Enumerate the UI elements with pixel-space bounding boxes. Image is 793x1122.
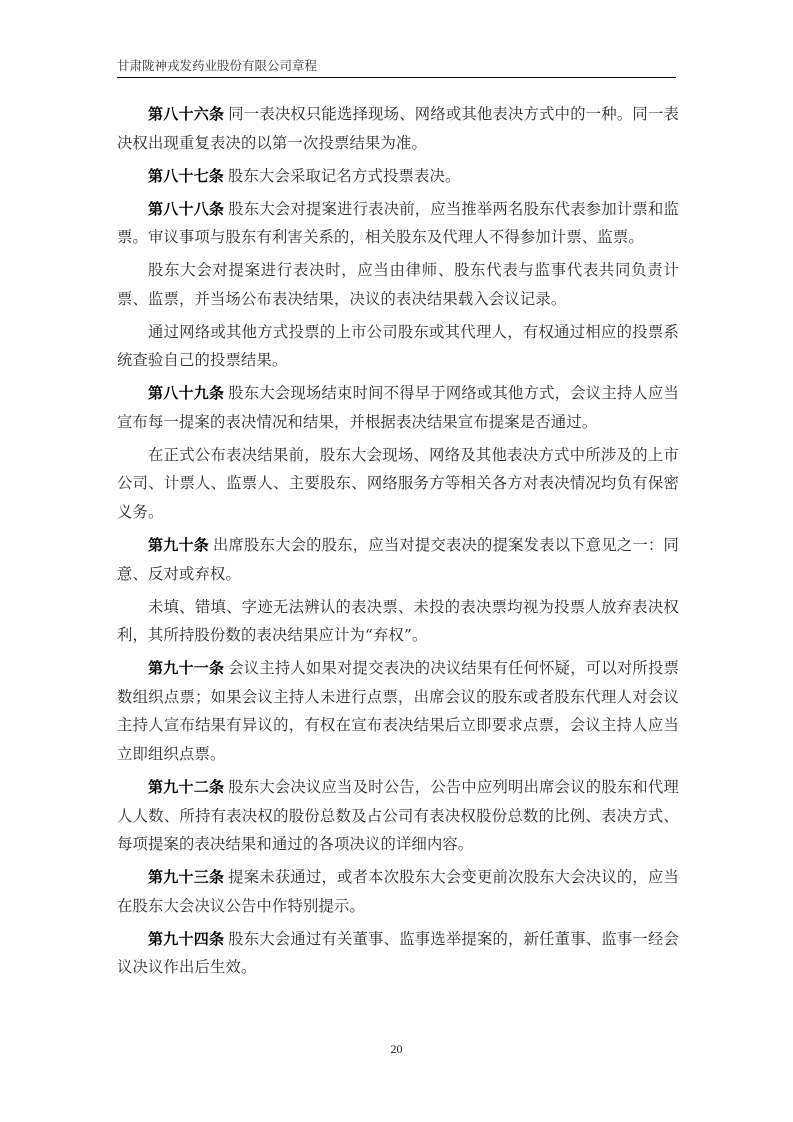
paragraph-text: 股东大会对提案进行表决时，应当由律师、股东代表与监事代表共同负责计票、监票，并当… (117, 261, 679, 308)
document-body: 第八十六条同一表决权只能选择现场、网络或其他表决方式中的一种。同一表决权出现重复… (117, 100, 679, 986)
article-label: 第九十条 (148, 536, 209, 554)
article-91: 第九十一条会议主持人如果对提交表决的决议结果有任何怀疑，可以对所投票数组织点票；… (117, 654, 679, 768)
article-label: 第九十二条 (148, 778, 224, 796)
article-label: 第九十一条 (148, 659, 224, 677)
article-90: 第九十条出席股东大会的股东，应当对提交表决的提案发表以下意见之一：同意、反对或弃… (117, 531, 679, 588)
article-90-para-2: 未填、错填、字迹无法辨认的表决票、未投的表决票均视为投票人放弃表决权利，其所持股… (117, 593, 679, 650)
article-88: 第八十八条股东大会对提案进行表决前，应当推举两名股东代表参加计票和监票。审议事项… (117, 195, 679, 252)
paragraph-text: 在正式公布表决结果前，股东大会现场、网络及其他表决方式中所涉及的上市公司、计票人… (117, 446, 679, 521)
page-header: 甘肃陇神戎发药业股份有限公司章程 (117, 55, 676, 78)
article-label: 第九十三条 (148, 868, 224, 886)
document-title: 甘肃陇神戎发药业股份有限公司章程 (117, 58, 317, 73)
paragraph-text: 未填、错填、字迹无法辨认的表决票、未投的表决票均视为投票人放弃表决权利，其所持股… (117, 598, 679, 645)
article-86: 第八十六条同一表决权只能选择现场、网络或其他表决方式中的一种。同一表决权出现重复… (117, 100, 679, 157)
article-text: 股东大会采取记名方式投票表决。 (228, 167, 460, 185)
article-label: 第八十九条 (148, 384, 224, 402)
article-89-para-2: 在正式公布表决结果前，股东大会现场、网络及其他表决方式中所涉及的上市公司、计票人… (117, 441, 679, 527)
article-label: 第八十六条 (148, 105, 224, 123)
article-93: 第九十三条提案未获通过，或者本次股东大会变更前次股东大会决议的，应当在股东大会决… (117, 863, 679, 920)
paragraph-text: 通过网络或其他方式投票的上市公司股东或其代理人，有权通过相应的投票系统查验自己的… (117, 323, 679, 370)
article-87: 第八十七条股东大会采取记名方式投票表决。 (117, 162, 679, 191)
article-label: 第八十八条 (148, 200, 224, 218)
article-88-para-2: 股东大会对提案进行表决时，应当由律师、股东代表与监事代表共同负责计票、监票，并当… (117, 256, 679, 313)
article-label: 第八十七条 (148, 167, 224, 185)
article-88-para-3: 通过网络或其他方式投票的上市公司股东或其代理人，有权通过相应的投票系统查验自己的… (117, 318, 679, 375)
article-92: 第九十二条股东大会决议应当及时公告，公告中应列明出席会议的股东和代理人人数、所持… (117, 773, 679, 859)
article-label: 第九十四条 (148, 930, 224, 948)
page-number: 20 (0, 1042, 793, 1057)
article-89: 第八十九条股东大会现场结束时间不得早于网络或其他方式，会议主持人应当宣布每一提案… (117, 379, 679, 436)
article-94: 第九十四条股东大会通过有关董事、监事选举提案的，新任董事、监事一经会议决议作出后… (117, 925, 679, 982)
